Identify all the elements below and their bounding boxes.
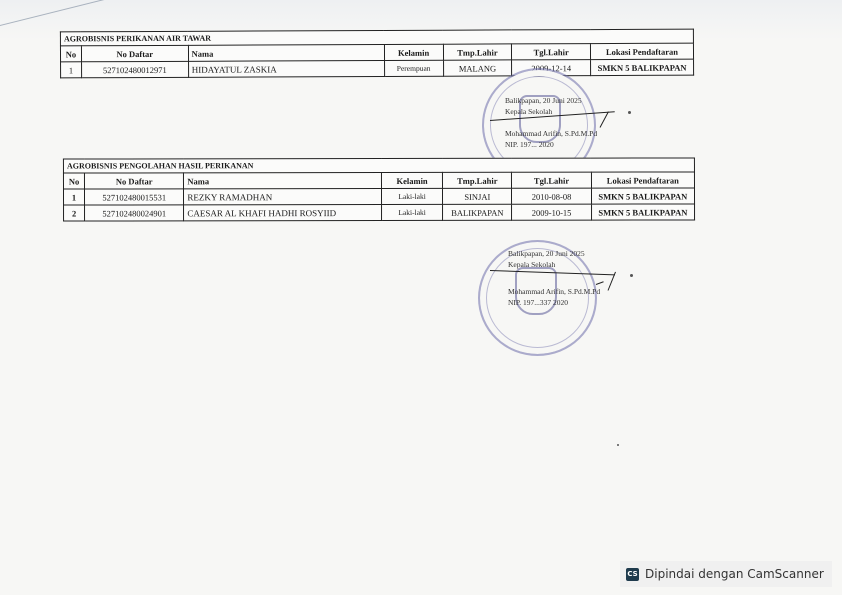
table-row: 2 527102480024901 CAESAR AL KHAFI HADHI … xyxy=(64,204,695,221)
cell-no-daftar: 527102480015531 xyxy=(85,189,184,205)
header-tgl-lahir: Tgl.Lahir xyxy=(512,44,591,60)
table-title: AGROBISNIS PENGOLAHAN HASIL PERIKANAN xyxy=(63,158,694,173)
header-tmp-lahir: Tmp.Lahir xyxy=(443,172,512,188)
signature-nip: NIP. 197...337 2020 xyxy=(508,297,600,308)
header-no: No xyxy=(63,173,84,189)
header-kelamin: Kelamin xyxy=(384,44,443,60)
table-row: 1 527102480015531 REZKY RAMADHAN Laki-la… xyxy=(63,188,694,205)
signature-name: Mohammad Arifin, S.Pd.M.Pd xyxy=(505,128,597,139)
header-no-daftar: No Daftar xyxy=(81,45,188,61)
ink-dot xyxy=(630,274,633,277)
signature-nip: NIP. 197... 2020 xyxy=(505,139,597,150)
signature-stroke xyxy=(600,111,609,127)
signature-name: Mohammad Arifin, S.Pd.M.Pd xyxy=(508,286,600,297)
cell-no: 1 xyxy=(61,62,82,78)
cell-tgl-lahir: 2009-10-15 xyxy=(512,204,591,220)
watermark-text: Dipindai dengan CamScanner xyxy=(645,567,824,581)
header-nama: Nama xyxy=(184,172,382,188)
cell-lokasi: SMKN 5 BALIKPAPAN xyxy=(591,188,694,204)
table-row: 1 527102480012971 HIDAYATUL ZASKIA Perem… xyxy=(61,59,694,78)
header-kelamin: Kelamin xyxy=(381,172,442,188)
header-tgl-lahir: Tgl.Lahir xyxy=(512,172,591,188)
cell-no: 2 xyxy=(64,205,85,221)
signature-block: Balikpapan, 20 Juni 2025 Kepala Sekolah … xyxy=(508,248,600,308)
cell-kelamin: Laki-laki xyxy=(381,188,442,204)
header-no-daftar: No Daftar xyxy=(85,173,184,189)
ink-dot xyxy=(617,444,619,446)
header-no: No xyxy=(60,46,81,62)
cell-nama: CAESAR AL KHAFI HADHI ROSYIID xyxy=(184,204,382,220)
cell-tgl-lahir: 2010-08-08 xyxy=(512,188,591,204)
cell-tmp-lahir: MALANG xyxy=(443,60,512,76)
header-lokasi: Lokasi Pendaftaran xyxy=(591,172,694,188)
cell-nama: HIDAYATUL ZASKIA xyxy=(188,60,384,77)
cell-nama: REZKY RAMADHAN xyxy=(184,188,382,204)
ink-dot xyxy=(628,111,631,114)
header-tmp-lahir: Tmp.Lahir xyxy=(443,44,512,60)
cell-no-daftar: 527102480024901 xyxy=(85,205,184,221)
camscanner-watermark: CS Dipindai dengan CamScanner xyxy=(620,561,832,587)
header-lokasi: Lokasi Pendaftaran xyxy=(590,43,693,59)
cell-kelamin: Laki-laki xyxy=(382,204,443,220)
registration-table-pengolahan: AGROBISNIS PENGOLAHAN HASIL PERIKANAN No… xyxy=(63,157,695,221)
signature-place-date: Balikpapan, 20 Juni 2025 xyxy=(505,95,597,106)
cell-tmp-lahir: SINJAI xyxy=(443,188,512,204)
signature-block: Balikpapan, 20 Juni 2025 Kepala Sekolah … xyxy=(505,95,597,150)
cell-lokasi: SMKN 5 BALIKPAPAN xyxy=(591,204,694,220)
camscanner-icon: CS xyxy=(626,568,639,581)
cell-no-daftar: 527102480012971 xyxy=(81,61,188,77)
cell-tmp-lahir: BALIKPAPAN xyxy=(443,204,512,220)
signature-place-date: Balikpapan, 20 Juni 2025 xyxy=(508,248,600,259)
cell-kelamin: Perempuan xyxy=(384,60,443,76)
registration-table-air-tawar: AGROBISNIS PERIKANAN AIR TAWAR No No Daf… xyxy=(60,29,694,79)
cell-no: 1 xyxy=(63,189,84,205)
header-nama: Nama xyxy=(188,44,384,61)
cell-lokasi: SMKN 5 BALIKPAPAN xyxy=(591,59,694,75)
signature-position: Kepala Sekolah xyxy=(508,259,600,270)
